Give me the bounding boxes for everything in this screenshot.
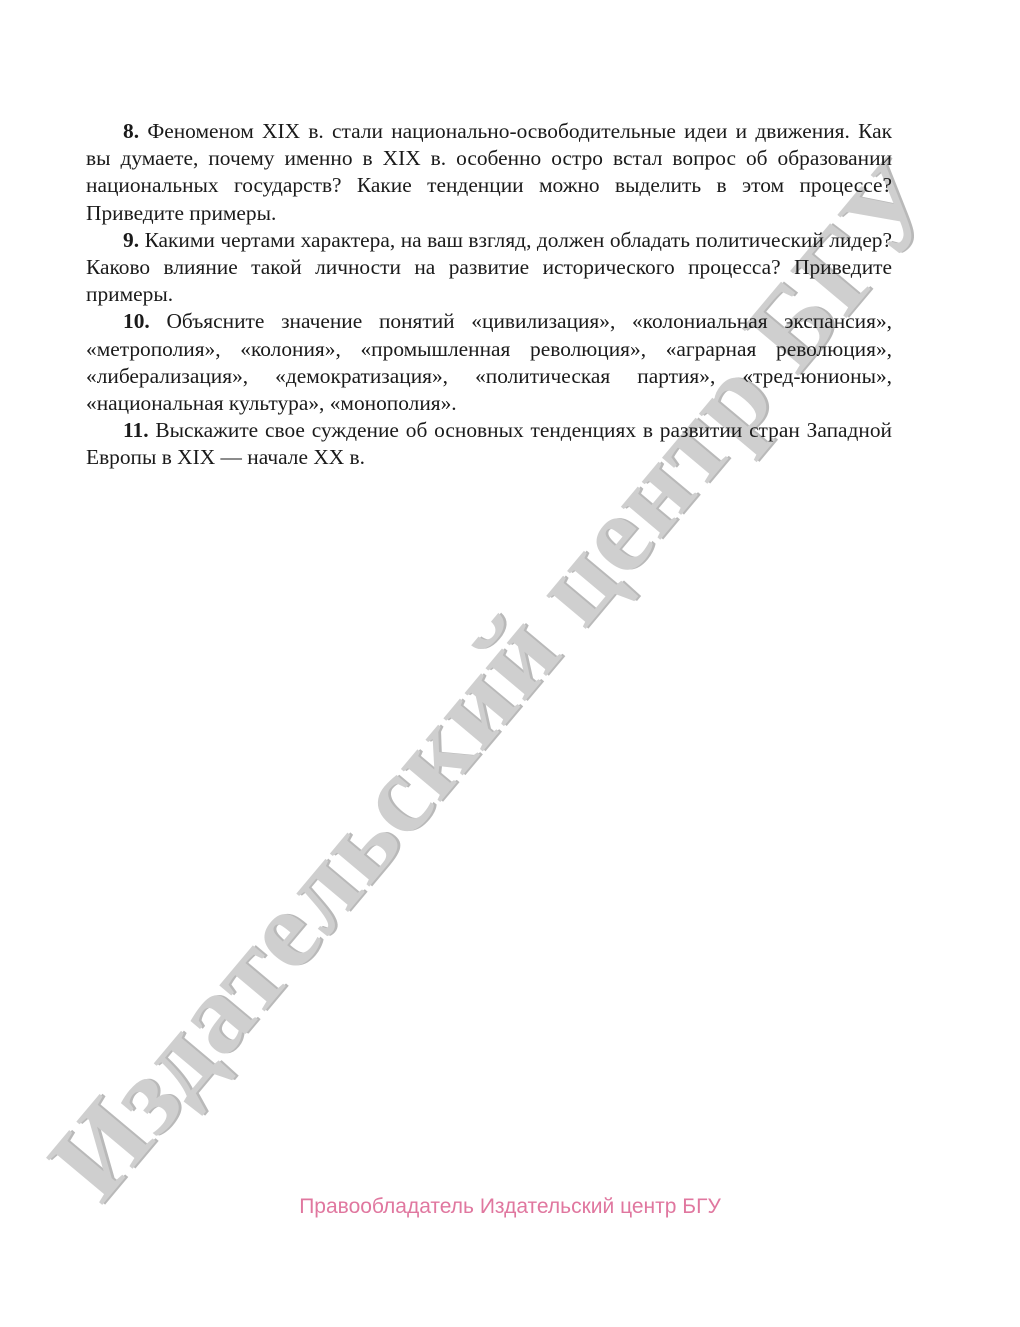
- question-11: 11. Выскажите свое суждение об основных …: [86, 417, 892, 471]
- question-text: Феноменом XIX в. стали национально-освоб…: [86, 119, 892, 225]
- question-text: Объясните значение понятий «цивилизация»…: [86, 309, 892, 415]
- copyright-footer: Правообладатель Издательский центр БГУ: [0, 1195, 1020, 1219]
- question-text: Выскажите свое суждение об основных тенд…: [86, 418, 892, 469]
- question-text: Какими чертами характера, на ваш взгляд,…: [86, 228, 892, 306]
- question-number: 10.: [123, 309, 150, 333]
- questions-list: 8. Феноменом XIX в. стали национально-ос…: [86, 118, 892, 472]
- question-8: 8. Феноменом XIX в. стали национально-ос…: [86, 118, 892, 227]
- document-page: Издательский центр БГУ 8. Феноменом XIX …: [0, 0, 1020, 1327]
- question-number: 8.: [123, 119, 139, 143]
- question-10: 10. Объясните значение понятий «цивилиза…: [86, 308, 892, 417]
- question-number: 11.: [123, 418, 149, 442]
- question-9: 9. Какими чертами характера, на ваш взгл…: [86, 227, 892, 309]
- question-number: 9.: [123, 228, 139, 252]
